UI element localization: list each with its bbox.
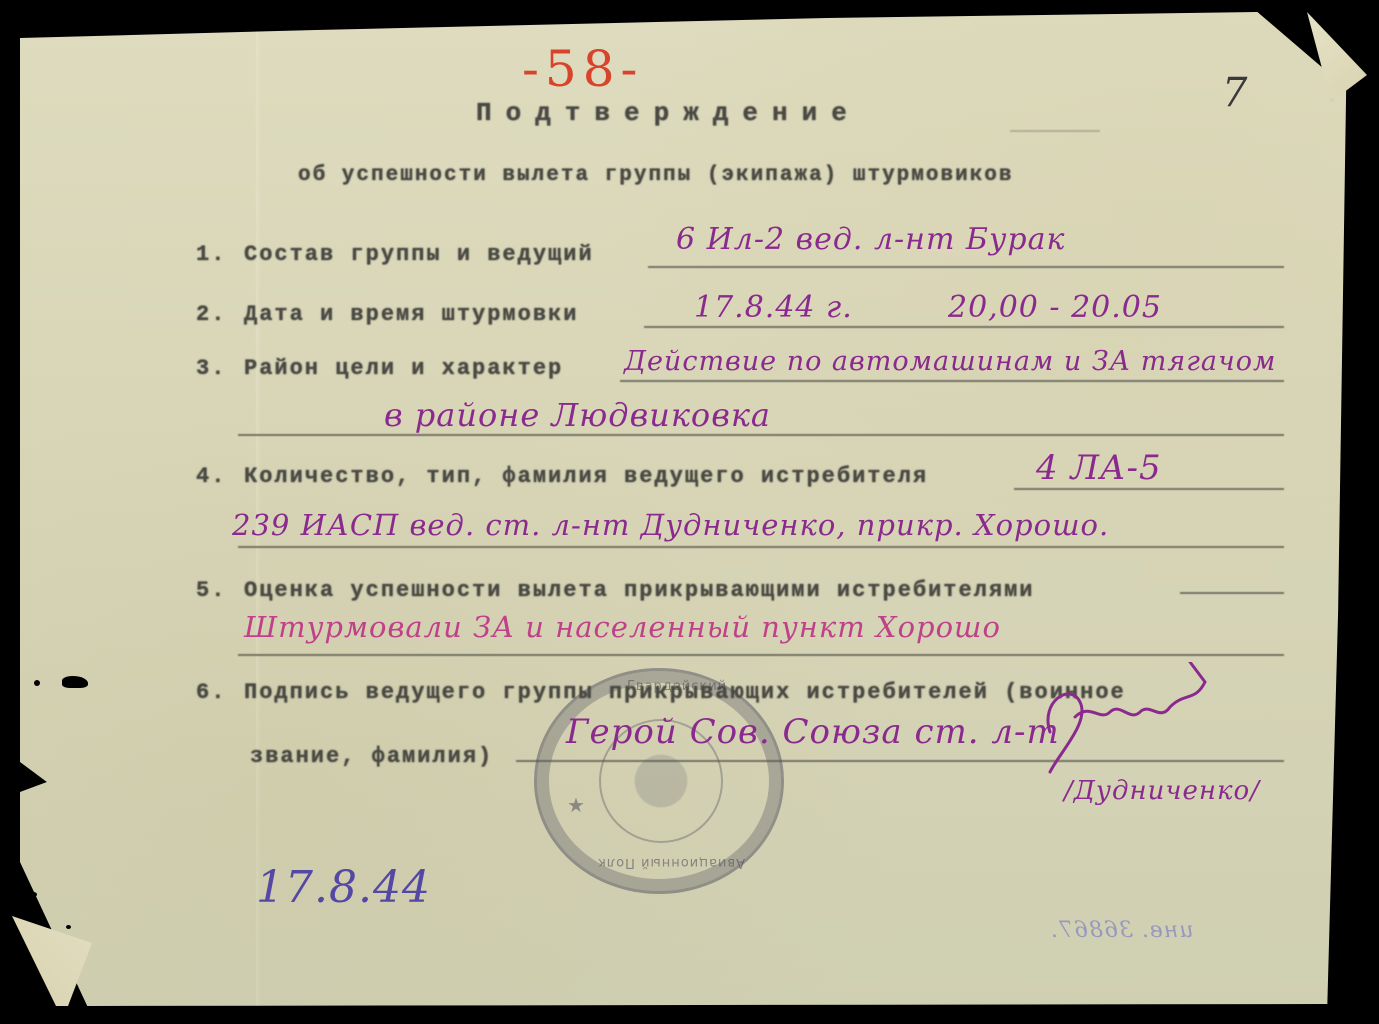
field-2-line	[644, 326, 1284, 328]
paper-damage-hole	[84, 30, 89, 36]
field-4-value-line-2: 239 ИАСП вед. ст. л-нт Дудниченко, прикр…	[232, 508, 1109, 542]
field-1-number: 1.	[196, 242, 226, 267]
field-3-number: 3.	[196, 356, 226, 381]
field-4-line	[1014, 488, 1284, 490]
field-6-number: 6.	[196, 680, 226, 705]
field-1-value: 6 Ил-2 вед. л-нт Бурак	[676, 222, 1065, 257]
bottom-date: 17.8.44	[256, 862, 431, 913]
field-1-line	[648, 266, 1284, 268]
page-number-red: -58-	[522, 40, 643, 98]
field-3-value-line-2: в районе Людвиковка	[384, 396, 771, 434]
title-underline	[1010, 130, 1100, 132]
field-5-value: Штурмовали ЗА и населенный пункт Хорошо	[244, 610, 1001, 644]
field-5-number: 5.	[196, 578, 226, 603]
field-2-number: 2.	[196, 302, 226, 327]
field-2-time: 20,00 - 20.05	[948, 290, 1162, 325]
field-3-line-2	[238, 434, 1284, 436]
field-1-label: Состав группы и ведущий	[244, 242, 594, 267]
field-3-value-line-1: Действие по автомашинам и ЗА тягачом	[624, 346, 1276, 377]
document-subtitle: об успешности вылета группы (экипажа) шт…	[298, 164, 1014, 187]
archive-number-mirrored: инв. 36867.	[1050, 918, 1193, 943]
paper-damage-hole	[62, 676, 88, 688]
paper-damage-hole	[34, 680, 40, 686]
field-4-number: 4.	[196, 464, 226, 489]
field-5-line	[1180, 592, 1284, 594]
star-icon: ★	[567, 793, 585, 818]
field-5-line-2	[238, 654, 1284, 656]
document-title: Подтверждение	[476, 98, 861, 128]
field-6-label-line-2: звание, фамилия)	[250, 744, 493, 769]
field-3-line	[620, 380, 1284, 382]
signature-name: /Дудниченко/	[1064, 776, 1260, 806]
paper-damage-hole	[30, 892, 37, 897]
field-6-value: Герой Сов. Союза ст. л-т	[566, 712, 1060, 752]
field-2-label: Дата и время штурмовки	[244, 302, 578, 327]
paper-damage-hole	[66, 925, 71, 929]
field-4-label: Количество, тип, фамилия ведущего истреб…	[244, 464, 928, 489]
field-2-date: 17.8.44 г.	[694, 290, 853, 325]
signature-scribble	[1020, 662, 1220, 782]
sheet-number-pencil: 7	[1222, 70, 1248, 116]
field-6-label-line-1: Подпись ведущего группы прикрывающих ист…	[244, 680, 1126, 705]
field-3-label: Район цели и характер	[244, 356, 563, 381]
field-4-line-2	[238, 546, 1284, 548]
stamp-text-bottom: Авиационный Полк	[597, 855, 745, 870]
field-4-value-line-1: 4 ЛА-5	[1036, 448, 1162, 488]
document-scan: -58- 7 Подтверждение об успешности вылет…	[0, 0, 1379, 1024]
field-5-label: Оценка успешности вылета прикрывающими и…	[244, 578, 1035, 603]
